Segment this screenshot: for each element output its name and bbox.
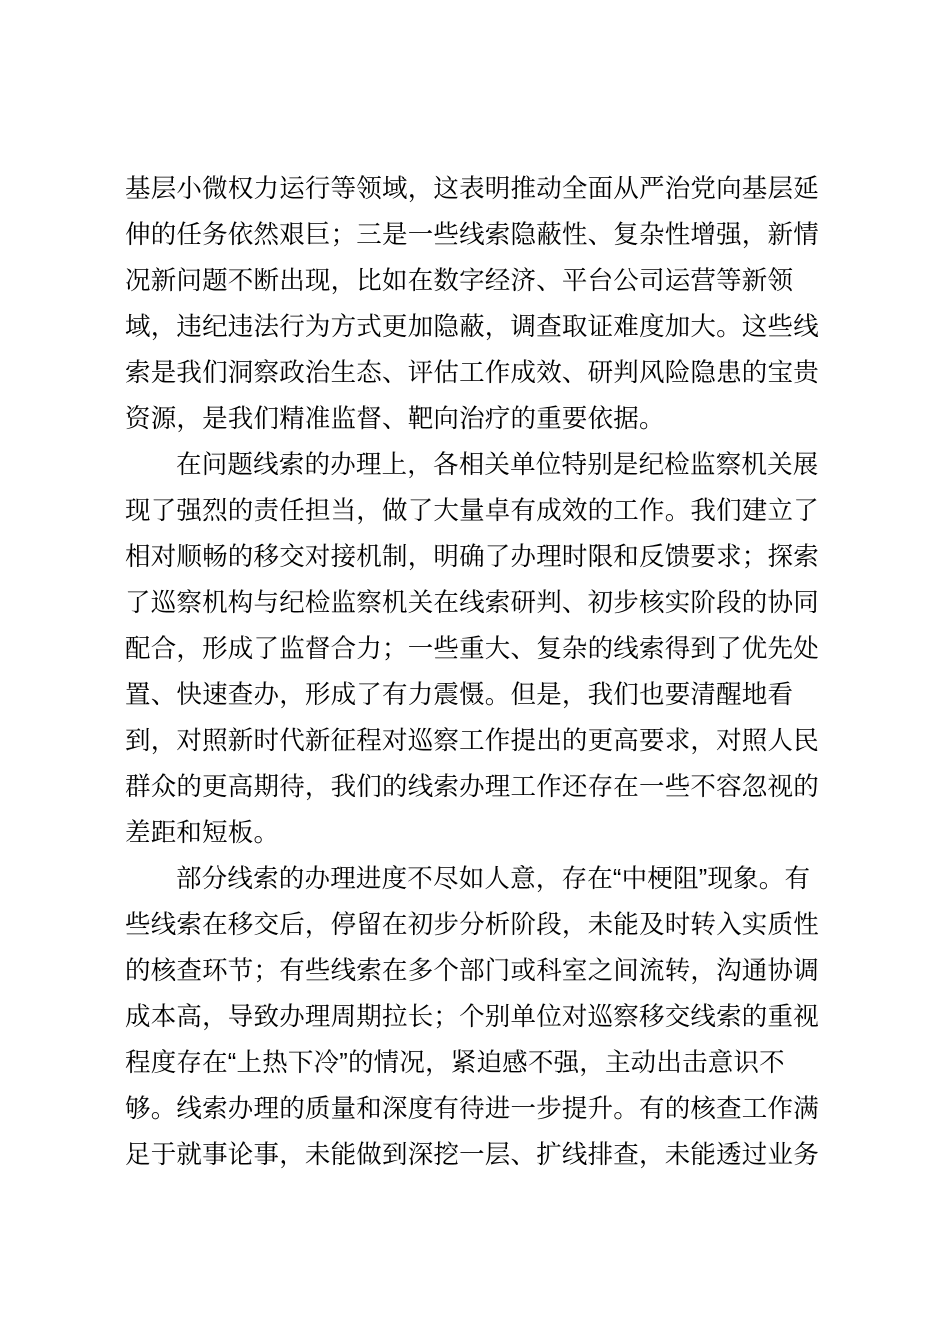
text-line: 了巡察机构与纪检监察机关在线索研判、初步核实阶段的协同 xyxy=(125,580,835,626)
text-line: 基层小微权力运行等领域，这表明推动全面从严治党向基层延 xyxy=(125,166,835,212)
text-line: 索是我们洞察政治生态、评估工作成效、研判风险隐患的宝贵 xyxy=(125,350,835,396)
text-line: 现了强烈的责任担当，做了大量卓有成效的工作。我们建立了 xyxy=(125,488,835,534)
text-line: 群众的更高期待，我们的线索办理工作还存在一些不容忽视的 xyxy=(125,764,835,810)
text-line: 置、快速查办，形成了有力震慑。但是，我们也要清醒地看 xyxy=(125,672,835,718)
paragraph: 在问题线索的办理上，各相关单位特别是纪检监察机关展 现了强烈的责任担当，做了大量… xyxy=(125,442,835,856)
text-line: 域，违纪违法行为方式更加隐蔽，调查取证难度加大。这些线 xyxy=(125,304,835,350)
text-line: 况新问题不断出现，比如在数字经济、平台公司运营等新领 xyxy=(125,258,835,304)
text-line: 些线索在移交后，停留在初步分析阶段，未能及时转入实质性 xyxy=(125,902,835,948)
text-line: 资源，是我们精准监督、靶向治疗的重要依据。 xyxy=(125,396,835,442)
text-line: 差距和短板。 xyxy=(125,810,835,856)
text-line: 相对顺畅的移交对接机制，明确了办理时限和反馈要求；探索 xyxy=(125,534,835,580)
text-line: 足于就事论事，未能做到深挖一层、扩线排查，未能透过业务 xyxy=(125,1132,835,1178)
document-page: 基层小微权力运行等领域，这表明推动全面从严治党向基层延 伸的任务依然艰巨；三是一… xyxy=(0,0,950,1344)
text-line: 到，对照新时代新征程对巡察工作提出的更高要求，对照人民 xyxy=(125,718,835,764)
text-line: 成本高，导致办理周期拉长；个别单位对巡察移交线索的重视 xyxy=(125,994,835,1040)
text-line: 够。线索办理的质量和深度有待进一步提升。有的核查工作满 xyxy=(125,1086,835,1132)
text-line: 伸的任务依然艰巨；三是一些线索隐蔽性、复杂性增强，新情 xyxy=(125,212,835,258)
paragraph: 部分线索的办理进度不尽如人意，存在“中梗阻”现象。有 些线索在移交后，停留在初步… xyxy=(125,856,835,1178)
paragraph: 基层小微权力运行等领域，这表明推动全面从严治党向基层延 伸的任务依然艰巨；三是一… xyxy=(125,166,835,442)
text-line: 配合，形成了监督合力；一些重大、复杂的线索得到了优先处 xyxy=(125,626,835,672)
text-line: 部分线索的办理进度不尽如人意，存在“中梗阻”现象。有 xyxy=(125,856,835,902)
text-line: 程度存在“上热下冷”的情况，紧迫感不强，主动出击意识不 xyxy=(125,1040,835,1086)
document-text-block: 基层小微权力运行等领域，这表明推动全面从严治党向基层延 伸的任务依然艰巨；三是一… xyxy=(125,166,835,1178)
text-line: 在问题线索的办理上，各相关单位特别是纪检监察机关展 xyxy=(125,442,835,488)
text-line: 的核查环节；有些线索在多个部门或科室之间流转，沟通协调 xyxy=(125,948,835,994)
